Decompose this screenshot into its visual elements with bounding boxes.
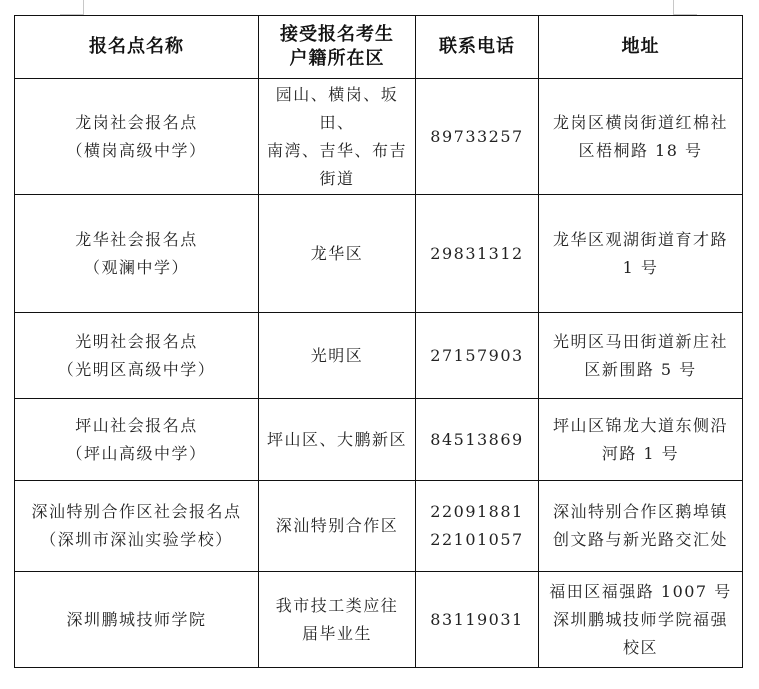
address-line: 光明区马田街道新庄社 xyxy=(545,328,736,356)
header-line: 户籍所在区 xyxy=(265,47,409,71)
address-line: 坪山区锦龙大道东侧沿 xyxy=(545,412,736,440)
districts-line: 园山、横岗、坂田、 xyxy=(265,81,409,137)
header-address: 地址 xyxy=(539,16,743,79)
address-line: 深圳鹏城技师学院福强 xyxy=(545,606,736,634)
phone-number: 27157903 xyxy=(422,342,532,370)
phone-number: 84513869 xyxy=(422,426,532,454)
point-name: 龙岗社会报名点 xyxy=(21,109,252,137)
districts-line: 龙华区 xyxy=(265,240,409,268)
phone-number: 22091881 xyxy=(422,498,532,526)
districts-line: 深汕特别合作区 xyxy=(265,512,409,540)
point-name: 深汕特别合作区社会报名点 xyxy=(21,498,252,526)
table-row: 深圳鹏城技师学院 我市技工类应往 届毕业生 83119031 福田区福强路 10… xyxy=(15,572,743,668)
phone-number: 83119031 xyxy=(422,606,532,634)
address-line: 深汕特别合作区鹅埠镇 xyxy=(545,498,736,526)
address-line: 区梧桐路 18 号 xyxy=(545,137,736,165)
point-host-school: （横岗高级中学） xyxy=(21,137,252,165)
address-line: 创文路与新光路交汇处 xyxy=(545,526,736,554)
point-host-school: （观澜中学） xyxy=(21,254,252,282)
point-name: 光明社会报名点 xyxy=(21,328,252,356)
address-line: 校区 xyxy=(545,634,736,662)
header-accepted-districts: 接受报名考生 户籍所在区 xyxy=(259,16,416,79)
cell-address: 坪山区锦龙大道东侧沿 河路 1 号 xyxy=(539,399,743,481)
cell-point-name: 坪山社会报名点 （坪山高级中学） xyxy=(15,399,259,481)
phone-number: 29831312 xyxy=(422,240,532,268)
cell-phone: 29831312 xyxy=(416,195,539,313)
cell-point-name: 深圳鹏城技师学院 xyxy=(15,572,259,668)
table-header-row: 报名点名称 接受报名考生 户籍所在区 联系电话 地址 xyxy=(15,16,743,79)
cell-point-name: 光明社会报名点 （光明区高级中学） xyxy=(15,313,259,399)
cell-point-name: 龙岗社会报名点 （横岗高级中学） xyxy=(15,79,259,195)
cell-phone: 84513869 xyxy=(416,399,539,481)
registration-points-table: 报名点名称 接受报名考生 户籍所在区 联系电话 地址 龙岗社会报名点 （横岗高级… xyxy=(14,15,743,668)
cell-phone: 89733257 xyxy=(416,79,539,195)
address-line: 区新围路 5 号 xyxy=(545,356,736,384)
header-line: 接受报名考生 xyxy=(265,23,409,47)
page-corner-mark-top-left xyxy=(60,0,84,15)
cell-phone: 27157903 xyxy=(416,313,539,399)
cell-districts: 我市技工类应往 届毕业生 xyxy=(259,572,416,668)
cell-address: 光明区马田街道新庄社 区新围路 5 号 xyxy=(539,313,743,399)
districts-line: 街道 xyxy=(265,165,409,193)
point-host-school: （光明区高级中学） xyxy=(21,356,252,384)
cell-phone: 22091881 22101057 xyxy=(416,481,539,572)
cell-districts: 深汕特别合作区 xyxy=(259,481,416,572)
table-row: 龙岗社会报名点 （横岗高级中学） 园山、横岗、坂田、 南湾、吉华、布吉 街道 8… xyxy=(15,79,743,195)
table-row: 光明社会报名点 （光明区高级中学） 光明区 27157903 光明区马田街道新庄… xyxy=(15,313,743,399)
districts-line: 光明区 xyxy=(265,342,409,370)
districts-line: 坪山区、大鹏新区 xyxy=(265,426,409,454)
point-name: 深圳鹏城技师学院 xyxy=(21,606,252,634)
address-line: 河路 1 号 xyxy=(545,440,736,468)
point-host-school: （坪山高级中学） xyxy=(21,440,252,468)
cell-phone: 83119031 xyxy=(416,572,539,668)
table-row: 深汕特别合作区社会报名点 （深圳市深汕实验学校） 深汕特别合作区 2209188… xyxy=(15,481,743,572)
cell-districts: 园山、横岗、坂田、 南湾、吉华、布吉 街道 xyxy=(259,79,416,195)
cell-address: 龙岗区横岗街道红棉社 区梧桐路 18 号 xyxy=(539,79,743,195)
cell-districts: 坪山区、大鹏新区 xyxy=(259,399,416,481)
districts-line: 届毕业生 xyxy=(265,620,409,648)
districts-line: 南湾、吉华、布吉 xyxy=(265,137,409,165)
address-line: 1 号 xyxy=(545,254,736,282)
cell-districts: 龙华区 xyxy=(259,195,416,313)
districts-line: 我市技工类应往 xyxy=(265,592,409,620)
phone-number: 22101057 xyxy=(422,526,532,554)
phone-number: 89733257 xyxy=(422,123,532,151)
address-line: 龙岗区横岗街道红棉社 xyxy=(545,109,736,137)
cell-address: 福田区福强路 1007 号 深圳鹏城技师学院福强 校区 xyxy=(539,572,743,668)
cell-point-name: 深汕特别合作区社会报名点 （深圳市深汕实验学校） xyxy=(15,481,259,572)
cell-address: 龙华区观湖街道育才路 1 号 xyxy=(539,195,743,313)
cell-point-name: 龙华社会报名点 （观澜中学） xyxy=(15,195,259,313)
table-row: 龙华社会报名点 （观澜中学） 龙华区 29831312 龙华区观湖街道育才路 1… xyxy=(15,195,743,313)
point-name: 龙华社会报名点 xyxy=(21,226,252,254)
page-corner-mark-top-right xyxy=(673,0,697,15)
cell-address: 深汕特别合作区鹅埠镇 创文路与新光路交汇处 xyxy=(539,481,743,572)
table-row: 坪山社会报名点 （坪山高级中学） 坪山区、大鹏新区 84513869 坪山区锦龙… xyxy=(15,399,743,481)
point-name: 坪山社会报名点 xyxy=(21,412,252,440)
address-line: 福田区福强路 1007 号 xyxy=(545,578,736,606)
cell-districts: 光明区 xyxy=(259,313,416,399)
address-line: 龙华区观湖街道育才路 xyxy=(545,226,736,254)
header-point-name: 报名点名称 xyxy=(15,16,259,79)
header-phone: 联系电话 xyxy=(416,16,539,79)
point-host-school: （深圳市深汕实验学校） xyxy=(21,526,252,554)
